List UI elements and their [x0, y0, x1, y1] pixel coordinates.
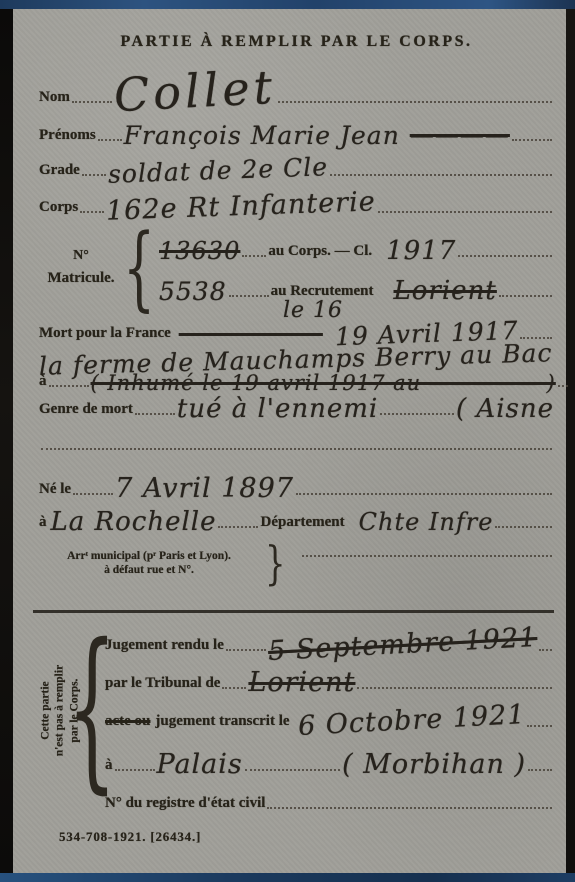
nom-value: Collet	[113, 66, 277, 116]
dotted-line	[499, 295, 552, 297]
record-card: PARTIE À REMPLIR PAR LE CORPS. Nom Colle…	[13, 9, 566, 873]
field-grade: Grade soldat de 2e Cle	[39, 145, 554, 180]
genre-departement-value: ( Aisne	[456, 398, 554, 421]
corps-label: Corps	[39, 200, 78, 215]
nom-label: Nom	[39, 90, 70, 105]
field-jugement-rendu: Jugement rendu le 5 Septembre 1921	[105, 625, 554, 655]
blank-continuation-line	[39, 419, 554, 454]
matricule-recrutement-number: 5538	[159, 281, 227, 304]
classe-value: 1917	[386, 240, 456, 263]
au-corps-label: au Corps. — Cl.	[268, 244, 372, 259]
matricule-recrutement-row: 5538 au Recrutement Lorient	[153, 261, 554, 301]
scan-top-edge	[0, 0, 575, 9]
ne-le-label: Né le	[39, 482, 71, 497]
field-genre-de-mort: Genre de mort tué à l'ennemi ( Aisne	[39, 391, 554, 419]
field-ne-le: Né le 7 Avril 1897	[39, 454, 554, 499]
dotted-line	[296, 493, 552, 495]
field-transcrit: acte ou jugement transcrit le 6 Octobre …	[105, 693, 554, 731]
dotted-line	[41, 448, 552, 450]
dotted-line	[357, 687, 552, 689]
dotted-line	[115, 769, 155, 771]
dotted-line	[278, 101, 552, 103]
dotted-line	[72, 101, 112, 103]
matricule-corps-number: 13630	[159, 241, 240, 263]
arrondissement-label-line2: à défaut rue et N°.	[39, 563, 259, 577]
mort-struck-text: ——————	[179, 324, 323, 345]
dotted-line	[218, 526, 258, 528]
prenoms-label: Prénoms	[39, 128, 96, 143]
birth-date-value: 7 Avril 1897	[115, 477, 294, 501]
mort-place-interline: la ferme de Mauchamps Berry au Bac	[39, 343, 554, 369]
field-nom: Nom Collet	[39, 51, 554, 107]
genre-label: Genre de mort	[39, 402, 133, 417]
transcrit-label: jugement transcrit le	[155, 714, 289, 729]
dotted-line	[267, 807, 552, 809]
departement-label: Département	[260, 515, 344, 530]
matricule-label-no: N°	[39, 249, 123, 263]
dotted-line	[135, 413, 175, 415]
print-reference: 534-708-1921. [26434.]	[59, 829, 554, 845]
field-matricule: N° Matricule. { 13630 au Corps. — Cl. 19…	[39, 221, 554, 315]
matricule-labels: N° Matricule.	[39, 249, 123, 288]
dotted-line	[302, 555, 552, 557]
dotted-line	[528, 769, 552, 771]
recrutement-place-value: Lorient	[394, 280, 497, 303]
dotted-line	[527, 725, 552, 727]
genre-value: tué à l'ennemi	[177, 398, 378, 421]
dotted-line	[242, 255, 266, 257]
jugement-brace-icon: {	[67, 623, 117, 795]
dotted-line	[512, 139, 552, 141]
document-scan: PARTIE À REMPLIR PAR LE CORPS. Nom Colle…	[0, 0, 575, 882]
dotted-line	[229, 295, 269, 297]
matricule-brace-icon: {	[123, 224, 140, 312]
dotted-line	[378, 211, 552, 213]
note-le16: le 16	[283, 298, 343, 323]
prenoms-value: François Marie Jean	[124, 125, 400, 148]
dotted-line	[245, 769, 340, 771]
dotted-line	[539, 649, 552, 651]
transcription-place-value: Palais	[157, 753, 243, 777]
departement-value: Chte Infre	[359, 512, 494, 534]
au-recrutement-label: au Recrutement	[271, 284, 374, 299]
dotted-line	[226, 649, 266, 651]
form-title: PARTIE À REMPLIR PAR LE CORPS.	[39, 33, 554, 51]
jugement-section: Cette partie n'est pas à remplir par le …	[39, 625, 554, 815]
side-note-line2: n'est pas à remplir	[53, 626, 67, 796]
dotted-line	[330, 174, 552, 176]
jugement-rendu-label: Jugement rendu le	[105, 638, 224, 653]
dotted-line	[458, 255, 552, 257]
side-note-line1: Cette partie	[38, 626, 52, 796]
scan-left-edge	[0, 9, 13, 873]
dotted-line	[82, 174, 106, 176]
prenoms-struck-text: ————	[410, 125, 510, 147]
grade-label: Grade	[39, 163, 80, 178]
dotted-line	[49, 385, 89, 387]
matricule-corps-row: 13630 au Corps. — Cl. 1917	[153, 221, 554, 261]
dotted-line	[380, 413, 454, 415]
dotted-line	[495, 526, 552, 528]
registre-label: N° du registre d'état civil	[105, 796, 265, 811]
birthplace-a-label: à	[39, 515, 47, 530]
dotted-line	[98, 139, 122, 141]
dotted-line	[73, 493, 113, 495]
scan-right-edge	[566, 9, 575, 873]
field-birthplace: à La Rochelle Département Chte Infre	[39, 499, 554, 532]
transcription-departement-value: ( Morbihan )	[342, 753, 526, 777]
date-correction-note: le 16	[283, 301, 554, 315]
arrondissement-brace-icon: }	[265, 540, 285, 586]
birthplace-value: La Rochelle	[51, 511, 217, 534]
tribunal-value: Lorient	[248, 671, 355, 695]
dotted-line	[558, 385, 568, 387]
arrondissement-label-line1: Arrᵗ municipal (pʳ Paris et Lyon).	[39, 549, 259, 563]
mort-label: Mort pour la France	[39, 326, 171, 341]
dotted-line	[222, 687, 246, 689]
arrondissement-labels: Arrᵗ municipal (pʳ Paris et Lyon). à déf…	[39, 549, 259, 578]
tribunal-label: par le Tribunal de	[105, 676, 220, 691]
scan-bottom-edge	[0, 873, 575, 882]
dotted-line	[80, 211, 104, 213]
grade-value: soldat de 2e Cle	[108, 156, 329, 186]
matricule-label-matricule: Matricule.	[39, 271, 123, 286]
field-registre: N° du registre d'état civil	[105, 775, 554, 813]
field-arrondissement: Arrᵗ municipal (pʳ Paris et Lyon). à déf…	[39, 538, 554, 588]
